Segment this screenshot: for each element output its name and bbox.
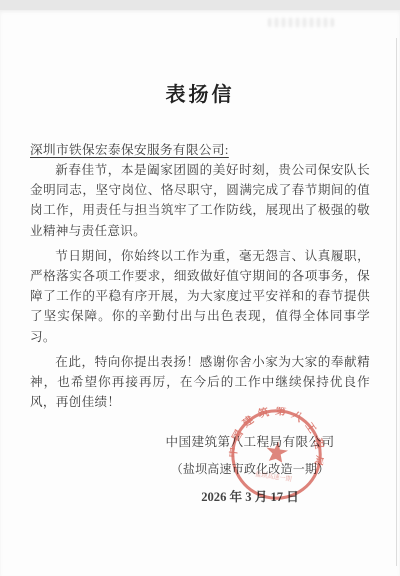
- letter-page: 表扬信 深圳市铁保宏泰保安服务有限公司: 新春佳节，本是阖家团圆的美好时刻，贵公…: [0, 10, 400, 576]
- letter-salutation: 深圳市铁保宏泰保安服务有限公司:: [30, 139, 370, 158]
- scan-artifact-smudge: [268, 18, 334, 27]
- company-seal-stamp: 中国建筑第八工程局有限公司 盐坝高速一期: [223, 401, 330, 508]
- page-edge-shadow: [396, 38, 397, 566]
- paragraph-1: 新春佳节，本是阖家团圆的美好时刻，贵公司保安队长金明同志，坚守岗位、恪尽职守，圆…: [30, 160, 370, 241]
- seal-graphic: 中国建筑第八工程局有限公司 盐坝高速一期: [223, 401, 330, 508]
- seal-bottom-text: 盐坝高速一期: [254, 470, 292, 483]
- paragraph-2: 节日期间，你始终以工作为重，毫无怨言、认真履职，严格落实各项工作要求，细致做好值…: [30, 246, 370, 347]
- scanned-letter: 表扬信 深圳市铁保宏泰保安服务有限公司: 新春佳节，本是阖家团圆的美好时刻，贵公…: [0, 0, 400, 576]
- seal-ring-text: 中国建筑第八工程局有限公司: [223, 401, 330, 473]
- scanner-background-strip: [0, 0, 400, 10]
- letter-title: 表扬信: [0, 78, 400, 107]
- letter-body: 新春佳节，本是阖家团圆的美好时刻，贵公司保安队长金明同志，坚守岗位、恪尽职守，圆…: [30, 160, 370, 417]
- paragraph-3: 在此，特向你提出表扬！感谢你舍小家为大家的奉献精神，也希望你再接再厉，在今后的工…: [30, 352, 370, 413]
- seal-star-icon: [265, 440, 289, 463]
- svg-text:中国建筑第八工程局有限公司: 中国建筑第八工程局有限公司: [223, 401, 330, 473]
